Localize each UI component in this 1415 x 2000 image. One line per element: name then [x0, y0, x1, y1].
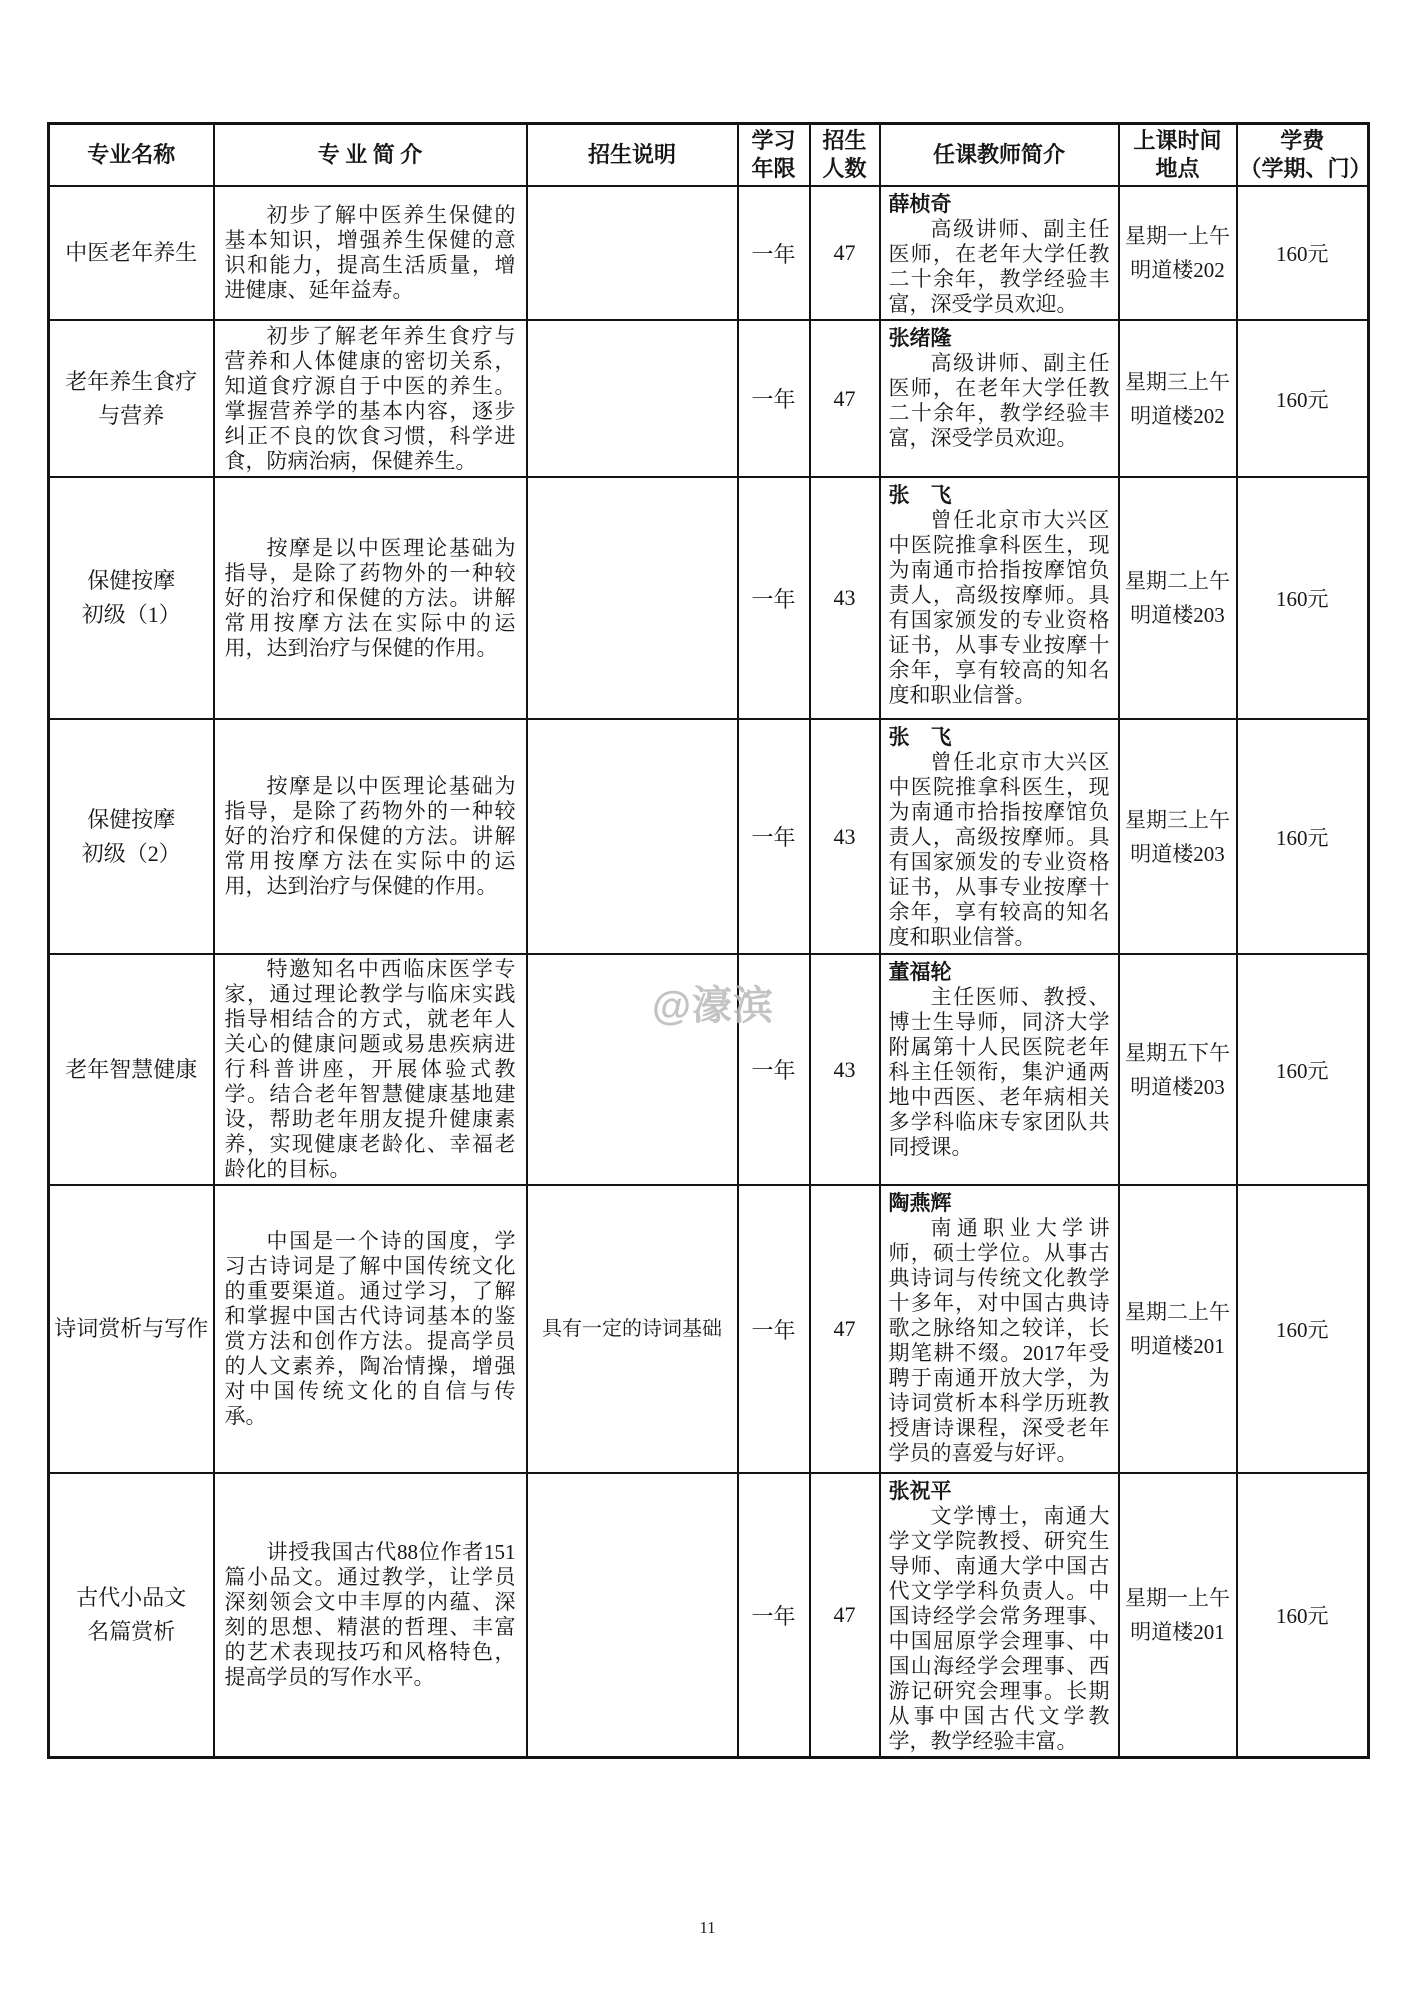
document-page: 专业名称 专 业 简 介 招生说明 学习 年限 招生 人数 任课教师简介 上课时… — [0, 0, 1415, 2000]
schedule-cell: 星期三上午 明道楼203 — [1119, 719, 1237, 954]
course-intro-text: 按摩是以中医理论基础为指导，是除了药物外的一种较好的治疗和保健的方法。讲解常用按… — [225, 774, 516, 899]
study-years-cell: 一年 — [738, 186, 810, 320]
fee-cell: 160元 — [1237, 320, 1369, 477]
course-intro-text: 中国是一个诗的国度，学习古诗词是了解中国传统文化的重要渠道。通过学习，了解和掌握… — [225, 1229, 516, 1429]
course-intro-cell: 特邀知名中西临床医学专家，通过理论教学与临床实践指导相结合的方式，就老年人关心的… — [214, 954, 527, 1185]
course-intro-cell: 中国是一个诗的国度，学习古诗词是了解中国传统文化的重要渠道。通过学习，了解和掌握… — [214, 1185, 527, 1473]
enrollment-note-cell — [527, 186, 738, 320]
enrollment-count-cell: 43 — [810, 954, 880, 1185]
schedule-cell: 星期一上午 明道楼202 — [1119, 186, 1237, 320]
table-row: 古代小品文 名篇赏析 讲授我国古代88位作者151篇小品文。通过教学，让学员深刻… — [49, 1473, 1369, 1758]
fee-cell: 160元 — [1237, 186, 1369, 320]
enrollment-count-cell: 43 — [810, 477, 880, 719]
table-row: 诗词赏析与写作 中国是一个诗的国度，学习古诗词是了解中国传统文化的重要渠道。通过… — [49, 1185, 1369, 1473]
course-name-cell: 中医老年养生 — [49, 186, 214, 320]
teacher-name: 薛桢奇 — [889, 192, 1110, 217]
col-header-major-intro: 专 业 简 介 — [214, 124, 527, 187]
enrollment-count-cell: 47 — [810, 186, 880, 320]
enrollment-note-cell — [527, 719, 738, 954]
teacher-cell: 张 飞 曾任北京市大兴区中医院推拿科医生，现为南通市拾指按摩馆负责人，高级按摩师… — [880, 477, 1119, 719]
teacher-name: 张绪隆 — [889, 326, 1110, 351]
schedule-cell: 星期五下午 明道楼203 — [1119, 954, 1237, 1185]
schedule-cell: 星期二上午 明道楼203 — [1119, 477, 1237, 719]
course-name-cell: 老年智慧健康 — [49, 954, 214, 1185]
enrollment-note-cell — [527, 320, 738, 477]
course-intro-text: 讲授我国古代88位作者151篇小品文。通过教学，让学员深刻领会文中丰厚的内蕴、深… — [225, 1540, 516, 1690]
study-years-cell: 一年 — [738, 320, 810, 477]
col-header-study-years: 学习 年限 — [738, 124, 810, 187]
enrollment-count-cell: 43 — [810, 719, 880, 954]
teacher-cell: 董福轮 主任医师、教授、博士生导师，同济大学附属第十人民医院老年科主任领衔，集沪… — [880, 954, 1119, 1185]
fee-cell: 160元 — [1237, 1473, 1369, 1758]
fee-cell: 160元 — [1237, 1185, 1369, 1473]
course-intro-cell: 初步了解中医养生保健的基本知识，增强养生保健的意识和能力，提高生活质量，增进健康… — [214, 186, 527, 320]
course-intro-text: 按摩是以中医理论基础为指导，是除了药物外的一种较好的治疗和保健的方法。讲解常用按… — [225, 536, 516, 661]
table-row: 老年智慧健康 特邀知名中西临床医学专家，通过理论教学与临床实践指导相结合的方式，… — [49, 954, 1369, 1185]
course-table: 专业名称 专 业 简 介 招生说明 学习 年限 招生 人数 任课教师简介 上课时… — [47, 122, 1370, 1759]
teacher-name: 张祝平 — [889, 1479, 1110, 1504]
enrollment-note-cell — [527, 954, 738, 1185]
course-name-cell: 保健按摩 初级（2） — [49, 719, 214, 954]
teacher-name: 张 飞 — [889, 483, 1110, 508]
col-header-enroll-note: 招生说明 — [527, 124, 738, 187]
teacher-cell: 张 飞 曾任北京市大兴区中医院推拿科医生，现为南通市拾指按摩馆负责人，高级按摩师… — [880, 719, 1119, 954]
course-name-cell: 诗词赏析与写作 — [49, 1185, 214, 1473]
course-intro-cell: 按摩是以中医理论基础为指导，是除了药物外的一种较好的治疗和保健的方法。讲解常用按… — [214, 477, 527, 719]
table-body: 中医老年养生 初步了解中医养生保健的基本知识，增强养生保健的意识和能力，提高生活… — [49, 186, 1369, 1758]
table-row: 中医老年养生 初步了解中医养生保健的基本知识，增强养生保健的意识和能力，提高生活… — [49, 186, 1369, 320]
col-header-major-name: 专业名称 — [49, 124, 214, 187]
col-header-enroll-count: 招生 人数 — [810, 124, 880, 187]
enrollment-note-cell — [527, 1473, 738, 1758]
teacher-bio: 南通职业大学讲师，硕士学位。从事古典诗词与传统文化教学十多年，对中国古典诗歌之脉… — [889, 1216, 1110, 1466]
course-intro-text: 初步了解中医养生保健的基本知识，增强养生保健的意识和能力，提高生活质量，增进健康… — [225, 203, 516, 303]
col-header-fee: 学费 （学期、门） — [1237, 124, 1369, 187]
course-intro-cell: 初步了解老年养生食疗与营养和人体健康的密切关系，知道食疗源自于中医的养生。掌握营… — [214, 320, 527, 477]
table-row: 老年养生食疗 与营养 初步了解老年养生食疗与营养和人体健康的密切关系，知道食疗源… — [49, 320, 1369, 477]
teacher-name: 陶燕辉 — [889, 1191, 1110, 1216]
course-intro-cell: 讲授我国古代88位作者151篇小品文。通过教学，让学员深刻领会文中丰厚的内蕴、深… — [214, 1473, 527, 1758]
fee-cell: 160元 — [1237, 719, 1369, 954]
study-years-cell: 一年 — [738, 1473, 810, 1758]
enrollment-count-cell: 47 — [810, 1185, 880, 1473]
teacher-bio: 曾任北京市大兴区中医院推拿科医生，现为南通市拾指按摩馆负责人，高级按摩师。具有国… — [889, 508, 1110, 708]
study-years-cell: 一年 — [738, 719, 810, 954]
teacher-bio: 高级讲师、副主任医师，在老年大学任教二十余年，教学经验丰富，深受学员欢迎。 — [889, 351, 1110, 451]
schedule-cell: 星期二上午 明道楼201 — [1119, 1185, 1237, 1473]
col-header-schedule: 上课时间 地点 — [1119, 124, 1237, 187]
table-row: 保健按摩 初级（1） 按摩是以中医理论基础为指导，是除了药物外的一种较好的治疗和… — [49, 477, 1369, 719]
teacher-cell: 薛桢奇 高级讲师、副主任医师，在老年大学任教二十余年，教学经验丰富，深受学员欢迎… — [880, 186, 1119, 320]
study-years-cell: 一年 — [738, 1185, 810, 1473]
fee-cell: 160元 — [1237, 477, 1369, 719]
course-intro-text: 特邀知名中西临床医学专家，通过理论教学与临床实践指导相结合的方式，就老年人关心的… — [225, 957, 516, 1182]
course-intro-cell: 按摩是以中医理论基础为指导，是除了药物外的一种较好的治疗和保健的方法。讲解常用按… — [214, 719, 527, 954]
teacher-bio: 曾任北京市大兴区中医院推拿科医生，现为南通市拾指按摩馆负责人，高级按摩师。具有国… — [889, 750, 1110, 950]
teacher-bio: 高级讲师、副主任医师，在老年大学任教二十余年，教学经验丰富，深受学员欢迎。 — [889, 217, 1110, 317]
teacher-cell: 陶燕辉 南通职业大学讲师，硕士学位。从事古典诗词与传统文化教学十多年，对中国古典… — [880, 1185, 1119, 1473]
teacher-cell: 张祝平 文学博士，南通大学文学院教授、研究生导师、南通大学中国古代文学学科负责人… — [880, 1473, 1119, 1758]
schedule-cell: 星期一上午 明道楼201 — [1119, 1473, 1237, 1758]
study-years-cell: 一年 — [738, 477, 810, 719]
table-row: 保健按摩 初级（2） 按摩是以中医理论基础为指导，是除了药物外的一种较好的治疗和… — [49, 719, 1369, 954]
page-number: 11 — [0, 1918, 1415, 1938]
header-row: 专业名称 专 业 简 介 招生说明 学习 年限 招生 人数 任课教师简介 上课时… — [49, 124, 1369, 187]
course-intro-text: 初步了解老年养生食疗与营养和人体健康的密切关系，知道食疗源自于中医的养生。掌握营… — [225, 324, 516, 474]
fee-cell: 160元 — [1237, 954, 1369, 1185]
teacher-bio: 文学博士，南通大学文学院教授、研究生导师、南通大学中国古代文学学科负责人。中国诗… — [889, 1504, 1110, 1754]
enrollment-note-cell — [527, 477, 738, 719]
study-years-cell: 一年 — [738, 954, 810, 1185]
course-name-cell: 老年养生食疗 与营养 — [49, 320, 214, 477]
teacher-cell: 张绪隆 高级讲师、副主任医师，在老年大学任教二十余年，教学经验丰富，深受学员欢迎… — [880, 320, 1119, 477]
teacher-bio: 主任医师、教授、博士生导师，同济大学附属第十人民医院老年科主任领衔，集沪通两地中… — [889, 985, 1110, 1160]
enrollment-count-cell: 47 — [810, 320, 880, 477]
teacher-name: 张 飞 — [889, 725, 1110, 750]
course-name-cell: 古代小品文 名篇赏析 — [49, 1473, 214, 1758]
col-header-teacher-intro: 任课教师简介 — [880, 124, 1119, 187]
teacher-name: 董福轮 — [889, 960, 1110, 985]
enrollment-note-cell: 具有一定的诗词基础 — [527, 1185, 738, 1473]
enrollment-count-cell: 47 — [810, 1473, 880, 1758]
schedule-cell: 星期三上午 明道楼202 — [1119, 320, 1237, 477]
course-name-cell: 保健按摩 初级（1） — [49, 477, 214, 719]
